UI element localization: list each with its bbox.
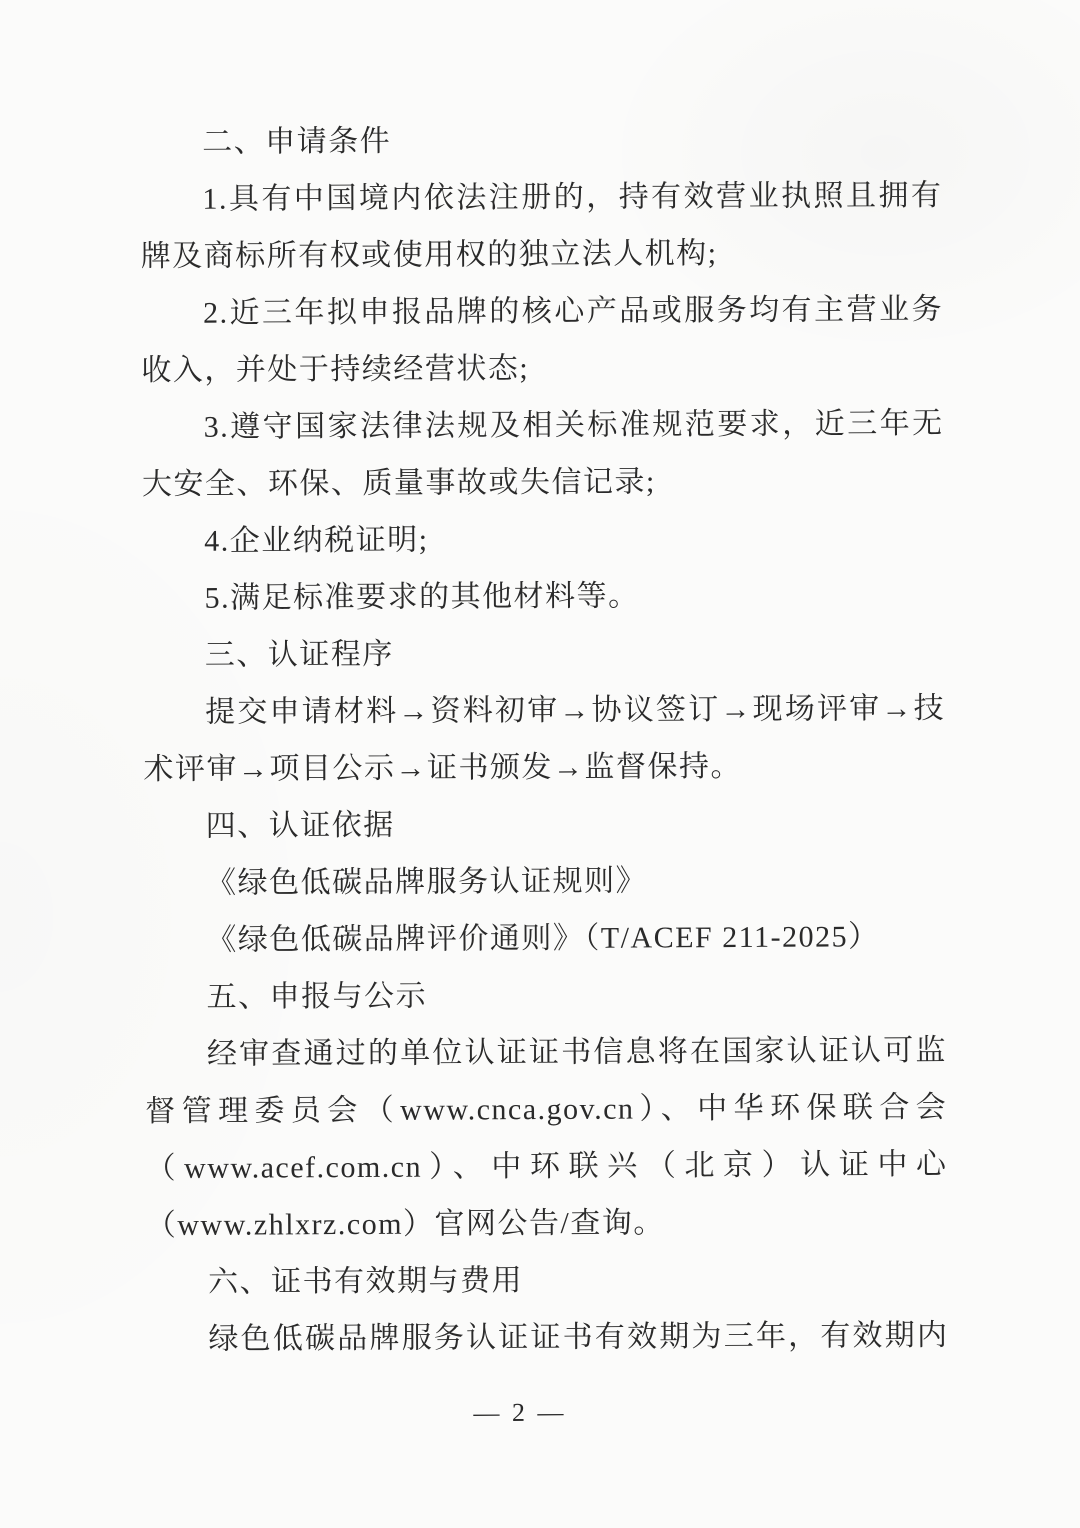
text-line: 收入，并处于持续经营状态;: [141, 338, 943, 399]
text-line: 《绿色低碳品牌评价通则》（T/ACEF 211-2025）: [144, 908, 946, 969]
section-heading: 五、申报与公示: [144, 965, 946, 1026]
text-line: 术评审→项目公示→证书颁发→监督保持。: [143, 737, 945, 798]
scanned-document-page: 二、申请条件 1.具有中国境内依法注册的，持有效营业执照且拥有品 牌及商标所有权…: [0, 0, 1080, 1528]
text-line: 1.具有中国境内依法注册的，持有效营业执照且拥有品: [140, 167, 942, 228]
text-line: 3.遵守国家法律法规及相关标准规范要求，近三年无重: [141, 395, 943, 456]
page-number: — 2 —: [473, 1398, 566, 1428]
section-heading: 三、认证程序: [143, 623, 945, 684]
text-line: 提交申请材料→资料初审→协议签订→现场评审→技: [143, 680, 945, 741]
text-line: 牌及商标所有权或使用权的独立法人机构;: [141, 224, 943, 285]
section-heading: 二、申请条件: [140, 110, 942, 171]
text-line: 大安全、环保、质量事故或失信记录;: [142, 452, 944, 513]
text-line: 4.企业纳税证明;: [142, 509, 944, 570]
section-heading: 四、认证依据: [144, 794, 946, 855]
text-line: 2.近三年拟申报品牌的核心产品或服务均有主营业务: [141, 281, 943, 342]
section-heading: 六、证书有效期与费用: [146, 1250, 948, 1311]
page-footer: — 2 —: [0, 1394, 1060, 1432]
text-line: （www.zhlxrz.com）官网公告/查询。: [146, 1193, 948, 1254]
text-line: 《绿色低碳品牌服务认证规则》: [144, 851, 946, 912]
text-line: 绿色低碳品牌服务认证证书有效期为三年，有效期内应: [146, 1307, 948, 1368]
document-body: 二、申请条件 1.具有中国境内依法注册的，持有效营业执照且拥有品 牌及商标所有权…: [140, 110, 949, 1368]
text-line: 督管理委员会（www.cnca.gov.cn）、中华环保联合会: [145, 1079, 947, 1140]
text-line: （www.acef.com.cn）、中环联兴（北京）认证中心: [145, 1136, 947, 1197]
text-line: 5.满足标准要求的其他材料等。: [142, 566, 944, 627]
text-line: 经审查通过的单位认证证书信息将在国家认证认可监: [145, 1022, 947, 1083]
